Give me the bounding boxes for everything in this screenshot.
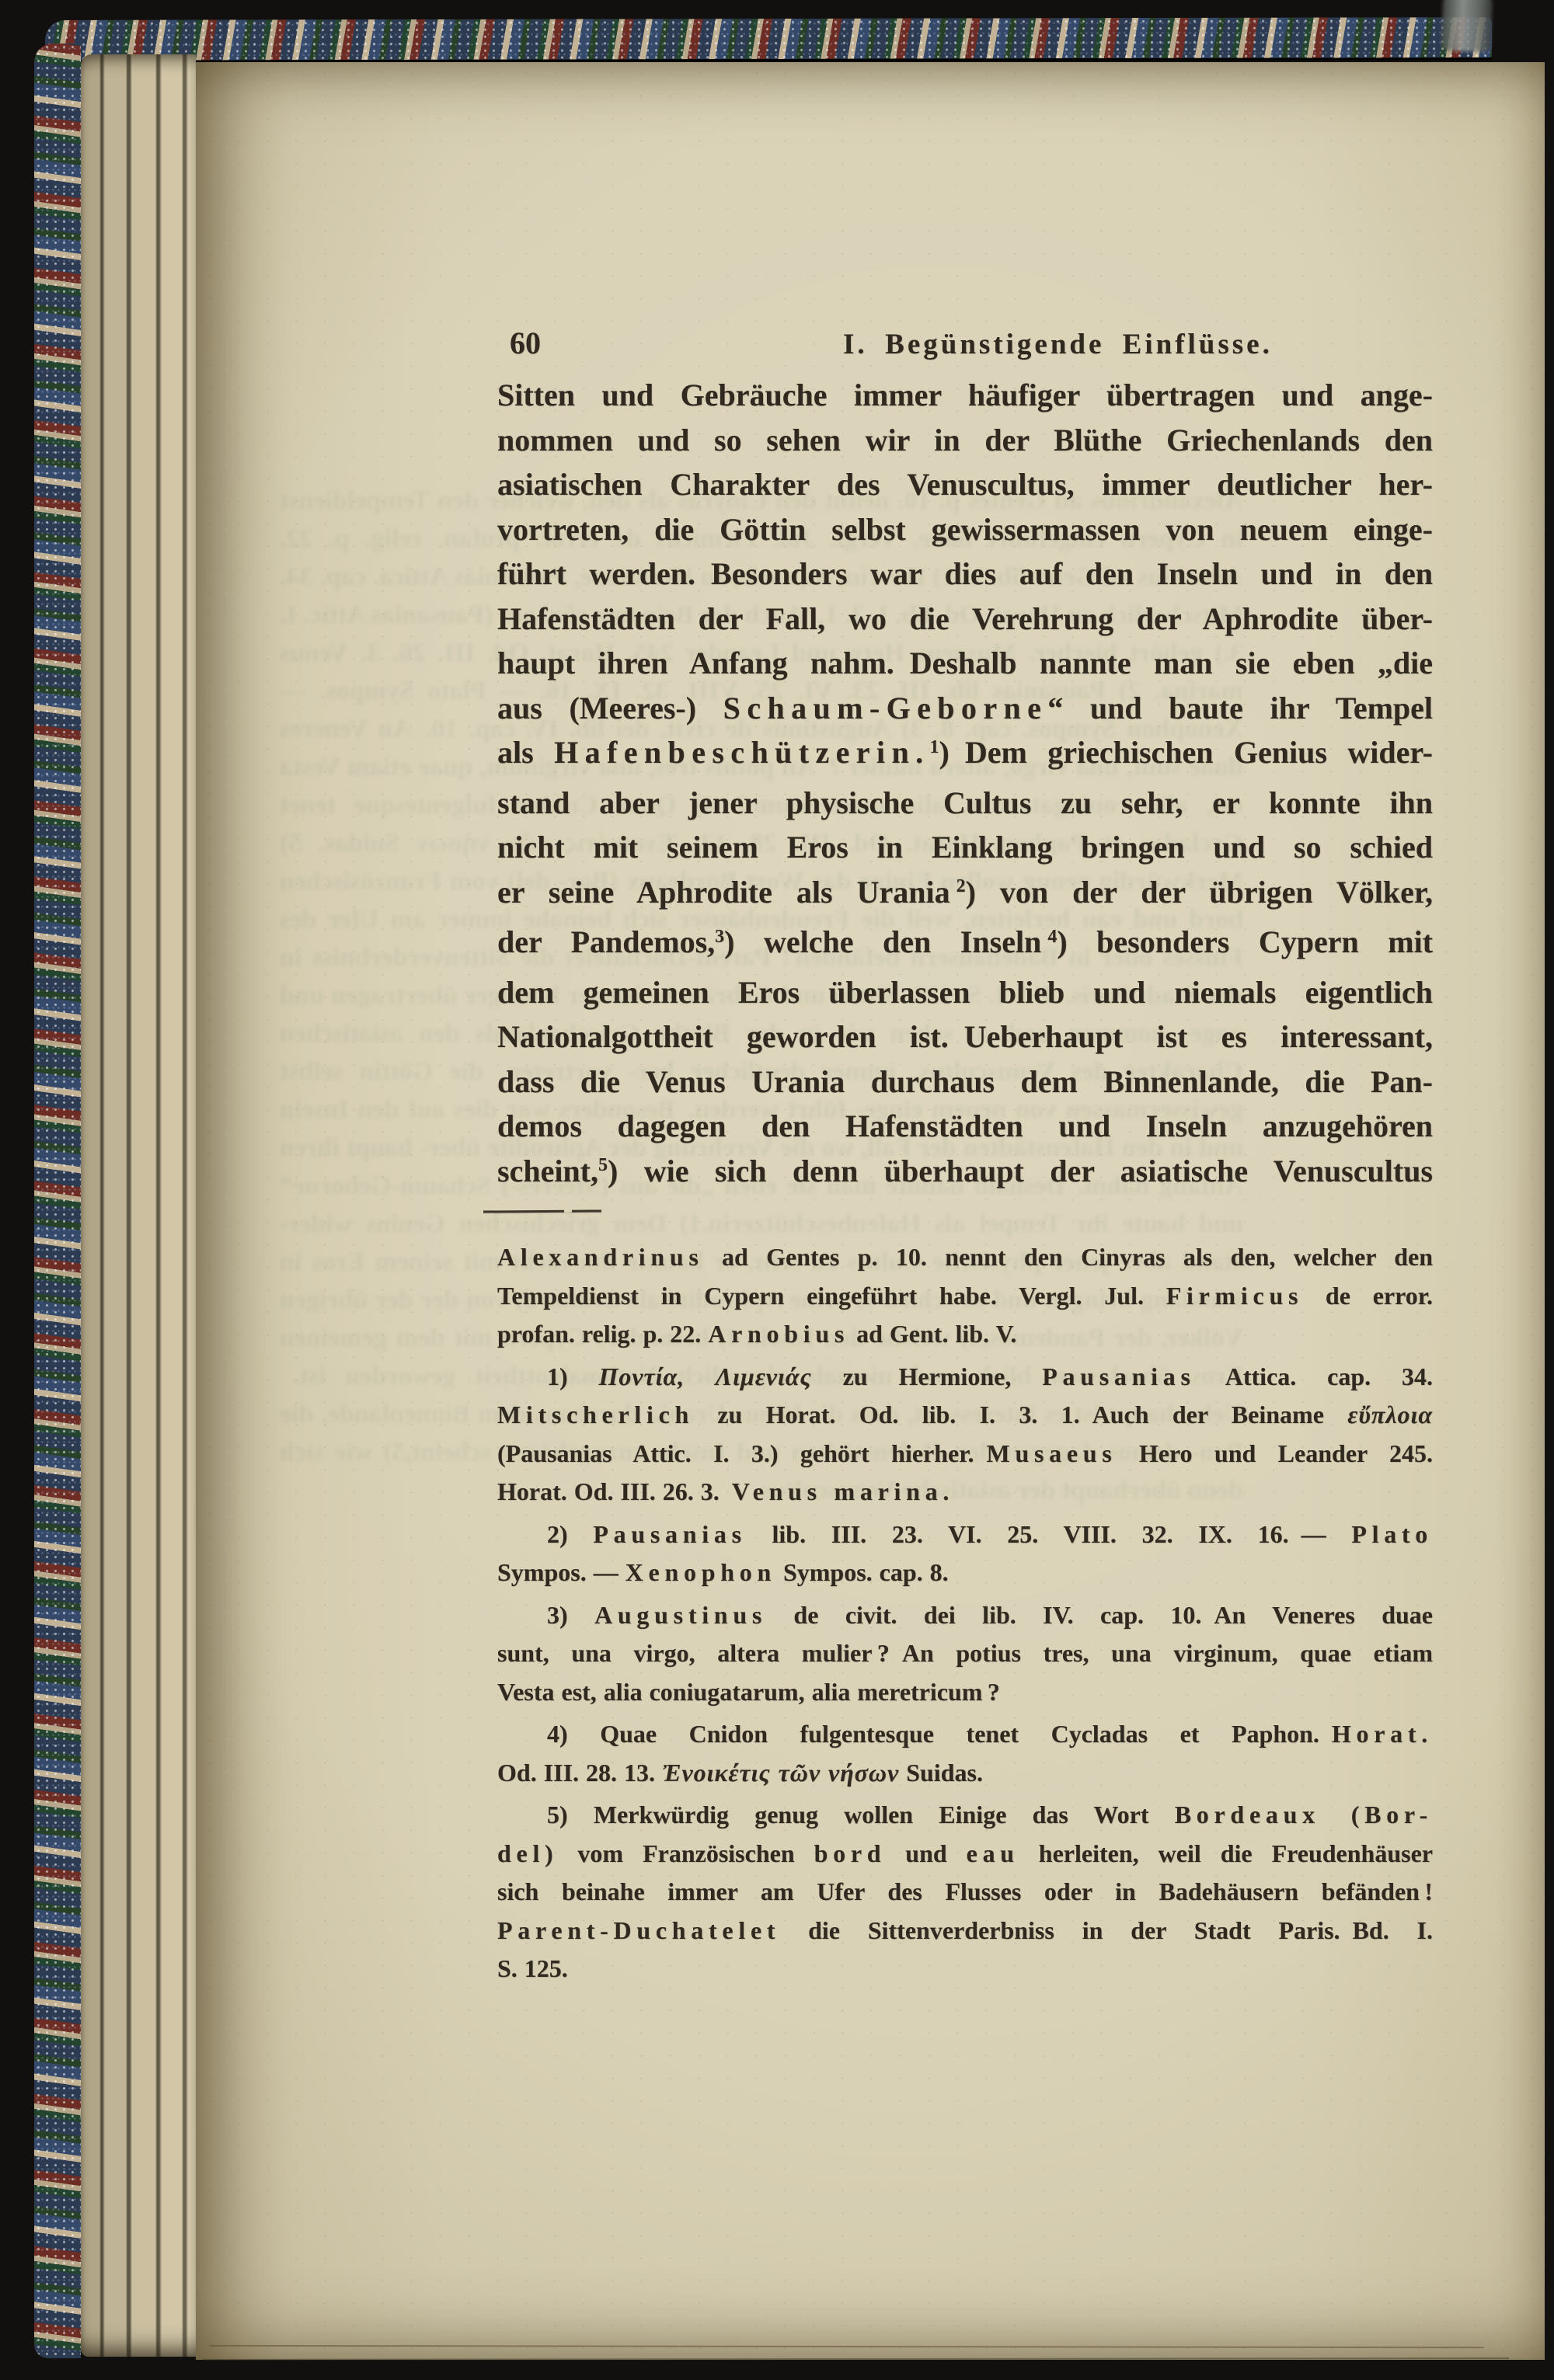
body-line: der Pandemos,3) welche den Inseln 4) bes…: [497, 920, 1433, 970]
footnote-line: Alexandrinus ad Gentes p. 10. nennt den …: [497, 1238, 1433, 1277]
footnote-line: Sympos. — Xenophon Sympos. cap. 8.: [497, 1554, 1433, 1592]
footnote-line: 2) Pausanias lib. III. 23. VI. 25. VIII.…: [497, 1515, 1433, 1554]
body-line: Sitten und Gebräuche immer häufiger über…: [497, 373, 1433, 418]
book-cover-marbled-left-edge: [34, 43, 81, 2358]
footnote-line: del) vom Französischen bord und eau herl…: [497, 1835, 1433, 1874]
footnote-line: Od. III. 28. 13. Ἐνοικέτις τῶν νήσων Sui…: [497, 1754, 1433, 1793]
footnote-line: sunt, una virgo, altera mulier ? An poti…: [497, 1634, 1433, 1673]
page-header-row: 60 I. Begünstigende Einflüsse.: [497, 323, 1433, 364]
footnote-line: sich beinahe immer am Ufer des Flusses o…: [497, 1873, 1433, 1912]
body-line: nicht mit seinem Eros in Einklang bringe…: [497, 825, 1433, 870]
footnote-line: (Pausanias Attic. I. 3.) gehört hierher.…: [497, 1435, 1433, 1474]
footnote-line: profan. relig. p. 22. Arnobius ad Gent. …: [497, 1315, 1433, 1354]
body-line: er seine Aphrodite als Urania 2) von der…: [497, 870, 1433, 920]
body-line: vortreten, die Göttin selbst gewissermas…: [497, 507, 1433, 552]
page-edges-stack: [81, 54, 196, 2357]
running-header: I. Begünstigende Einflüsse.: [843, 325, 1273, 365]
footnote-line: 4) Quae Cnidon fulgentesque tenet Cyclad…: [497, 1715, 1433, 1754]
footnote-line: 1) Ποντία, Λιμενιάς zu Hermione, Pausani…: [497, 1358, 1433, 1397]
body-line: demos dagegen den Hafenstädten und Insel…: [497, 1104, 1433, 1149]
body-line: haupt ihren Anfang nahm. Deshalb nannte …: [497, 641, 1433, 686]
book-cover-marbled-top-edge: [45, 17, 1492, 61]
footnote-line: S. 125.: [497, 1950, 1433, 1989]
bookmark-tab: [1441, 0, 1493, 52]
body-line: dem gemeinen Eros überlassen blieb und n…: [497, 970, 1433, 1015]
body-line: nommen und so sehen wir in der Blüthe Gr…: [497, 418, 1433, 463]
body-text: Sitten und Gebräuche immer häufiger über…: [497, 373, 1433, 1199]
footnote-line: Parent-Duchatelet die Sittenverderbniss …: [497, 1912, 1433, 1950]
body-line: scheint,5) wie sich denn überhaupt der a…: [497, 1149, 1433, 1199]
scan-background: Alexandrinus ad Gentes p. 10. nennt den …: [0, 0, 1554, 2380]
footnote-line: Vesta est, alia coniugatarum, alia meret…: [497, 1673, 1433, 1712]
footnote-line: 3) Augustinus de civit. dei lib. IV. cap…: [497, 1596, 1433, 1635]
footnote-line: Mitscherlich zu Horat. Od. lib. I. 3. 1.…: [497, 1396, 1433, 1435]
body-line: führt werden. Besonders war dies auf den…: [497, 552, 1433, 597]
page-number: 60: [510, 323, 541, 364]
body-line: stand aber jener physische Cultus zu seh…: [497, 781, 1433, 826]
body-line: dass die Venus Urania durchaus dem Binne…: [497, 1060, 1433, 1105]
footnote-line: Horat. Od. III. 26. 3. Venus marina.: [497, 1473, 1433, 1512]
footnote-line: Tempeldienst in Cypern eingeführt habe. …: [497, 1277, 1433, 1316]
body-line: Nationalgottheit geworden ist. Ueberhaup…: [497, 1014, 1433, 1060]
body-line: Hafenstädten der Fall, wo die Verehrung …: [497, 597, 1433, 642]
footnotes: Alexandrinus ad Gentes p. 10. nennt den …: [497, 1238, 1433, 1989]
body-line: asiatischen Charakter des Venuscultus, i…: [497, 462, 1433, 507]
body-line: aus (Meeres-) Schaum-Geborne“ und baute …: [497, 686, 1433, 731]
body-line: als Hafenbeschützerin.1) Dem griechische…: [497, 730, 1433, 781]
footnote-line: 5) Merkwürdig genug wollen Einige das Wo…: [497, 1796, 1433, 1835]
